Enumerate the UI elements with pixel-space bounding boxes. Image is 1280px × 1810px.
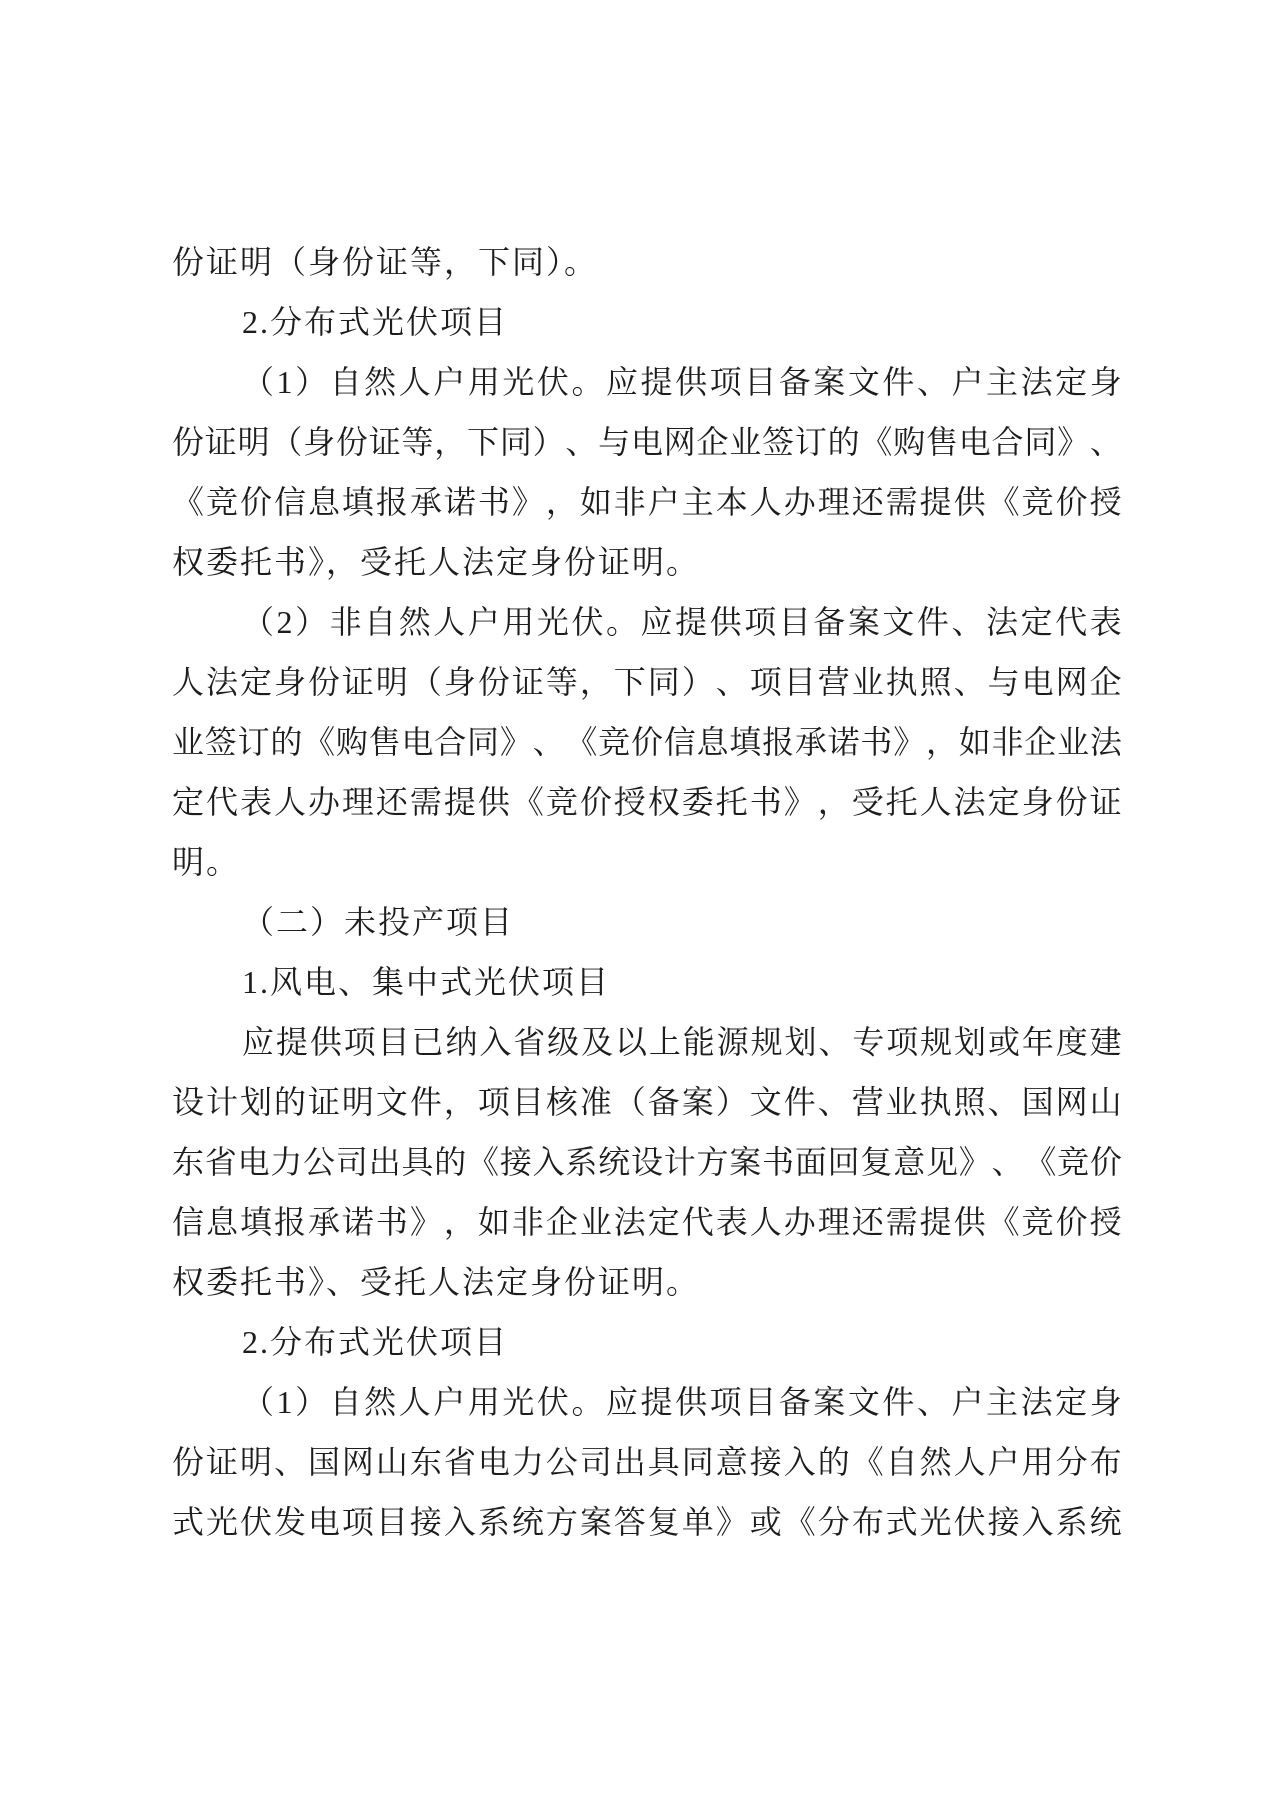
glyph: 提 xyxy=(276,1012,308,1072)
glyph: 件 xyxy=(882,1372,914,1432)
glyph: 文 xyxy=(376,1072,408,1132)
glyph: 然 xyxy=(399,592,431,652)
glyph: 《 xyxy=(988,1192,1020,1252)
glyph: 售 xyxy=(369,712,401,772)
glyph: 户 xyxy=(433,352,465,412)
glyph: 伏 xyxy=(954,1492,986,1552)
glyph: 价 xyxy=(631,712,663,772)
glyph: 《 xyxy=(860,412,892,472)
text-line: 设计划的证明文件，项目核准（备案）文件、营业执照、国网山 xyxy=(172,1072,1122,1132)
glyph: 自 xyxy=(364,592,396,652)
glyph: 光 xyxy=(537,592,569,652)
glyph: 法 xyxy=(1090,712,1122,772)
glyph: 供 xyxy=(478,772,510,832)
glyph: 意 xyxy=(716,1432,748,1492)
glyph: 发 xyxy=(274,1492,306,1552)
glyph: 营 xyxy=(818,652,850,712)
glyph: 供 xyxy=(954,1192,986,1252)
glyph: 备 xyxy=(779,1372,811,1432)
glyph: 填 xyxy=(342,472,374,532)
glyph: 》 xyxy=(512,472,544,532)
glyph: 自 xyxy=(330,352,362,412)
glyph: 息 xyxy=(697,712,729,772)
glyph: 出 xyxy=(614,1432,646,1492)
glyph: 目 xyxy=(784,652,816,712)
glyph: 级 xyxy=(547,1012,579,1072)
glyph: 如 xyxy=(478,1192,510,1252)
glyph: 具 xyxy=(648,1432,680,1492)
glyph: 纳 xyxy=(445,1012,477,1072)
glyph: 度 xyxy=(1056,1012,1088,1072)
glyph: 、 xyxy=(917,352,949,412)
glyph: 分 xyxy=(1056,1432,1088,1492)
glyph: 代 xyxy=(682,1192,714,1252)
glyph: 营 xyxy=(852,1072,884,1132)
glyph: 人 xyxy=(172,652,204,712)
glyph: 下 xyxy=(614,652,646,712)
glyph: 执 xyxy=(886,652,918,712)
glyph: 非 xyxy=(992,712,1024,772)
glyph: （ xyxy=(270,412,302,472)
glyph: 准 xyxy=(580,1072,612,1132)
text-line: 人法定身份证明（身份证等，下同）、项目营业执照、与电网企 xyxy=(172,652,1122,712)
glyph: 然 xyxy=(364,352,396,412)
glyph: 备 xyxy=(648,1072,680,1132)
glyph: 1 xyxy=(277,352,293,412)
glyph: 光 xyxy=(920,1492,952,1552)
glyph: 公 xyxy=(546,1432,578,1492)
glyph: 份 xyxy=(172,412,204,472)
glyph: 面 xyxy=(795,1132,827,1192)
glyph: 主 xyxy=(986,1372,1018,1432)
glyph: 电 xyxy=(238,1132,270,1192)
glyph: 证 xyxy=(342,652,374,712)
glyph: 用 xyxy=(468,1372,500,1432)
glyph: 提 xyxy=(675,592,707,652)
glyph: 证 xyxy=(512,652,544,712)
glyph: 的 xyxy=(434,1132,466,1192)
glyph: 照 xyxy=(920,652,952,712)
glyph: 供 xyxy=(954,472,986,532)
glyph: 分 xyxy=(818,1492,850,1552)
glyph: 执 xyxy=(920,1072,952,1132)
glyph: 规 xyxy=(920,1012,952,1072)
text-line: 信息填报承诺书》，如非企业法定代表人办理还需提供《竞价授 xyxy=(172,1192,1122,1252)
text-line: 权委托书》，受托人法定身份证明。 xyxy=(172,532,1122,592)
glyph: 光 xyxy=(502,1372,534,1432)
glyph: 文 xyxy=(848,352,880,412)
glyph: 统 xyxy=(1090,1492,1122,1552)
glyph: 人 xyxy=(954,1432,986,1492)
glyph: ） xyxy=(682,652,714,712)
glyph: 或 xyxy=(988,1012,1020,1072)
glyph: 合 xyxy=(992,412,1024,472)
glyph: 书 xyxy=(860,712,892,772)
glyph: 身 xyxy=(274,652,306,712)
glyph: 东 xyxy=(172,1132,204,1192)
glyph: 表 xyxy=(1090,592,1122,652)
glyph: 竞 xyxy=(598,712,630,772)
glyph: 报 xyxy=(274,1192,306,1252)
glyph: 接 xyxy=(750,1432,782,1492)
glyph: （ xyxy=(410,652,442,712)
glyph: 息 xyxy=(308,472,340,532)
glyph: 项 xyxy=(478,1072,510,1132)
glyph: 答 xyxy=(614,1492,646,1552)
glyph: 还 xyxy=(852,472,884,532)
glyph: 复 xyxy=(860,1132,892,1192)
glyph: 应 xyxy=(242,1012,274,1072)
glyph: 已 xyxy=(412,1012,444,1072)
glyph: 提 xyxy=(641,352,673,412)
glyph: （ xyxy=(242,352,274,412)
glyph: 户 xyxy=(433,1372,465,1432)
glyph: 、 xyxy=(992,1132,1024,1192)
glyph: （ xyxy=(242,592,274,652)
glyph: 电 xyxy=(1022,652,1054,712)
glyph: 信 xyxy=(664,712,696,772)
glyph: 订 xyxy=(238,712,270,772)
glyph: 还 xyxy=(376,772,408,832)
text-line: 2.分布式光伏项目 xyxy=(172,292,1122,352)
glyph: 供 xyxy=(710,592,742,652)
glyph: 、 xyxy=(917,1372,949,1432)
glyph: 如 xyxy=(959,712,991,772)
glyph: 供 xyxy=(675,1372,707,1432)
glyph: 表 xyxy=(716,1192,748,1252)
glyph: 接 xyxy=(410,1492,442,1552)
glyph: 份 xyxy=(478,652,510,712)
glyph: 公 xyxy=(303,1132,335,1192)
glyph: 《 xyxy=(1024,1132,1056,1192)
glyph: 力 xyxy=(512,1432,544,1492)
glyph: 受 xyxy=(852,772,884,832)
glyph: 复 xyxy=(648,1492,680,1552)
glyph: 提 xyxy=(641,1372,673,1432)
glyph: 售 xyxy=(926,412,958,472)
glyph: 《 xyxy=(988,472,1020,532)
glyph: 书 xyxy=(762,1132,794,1192)
glyph: 用 xyxy=(1022,1432,1054,1492)
glyph: 自 xyxy=(330,1372,362,1432)
glyph: 用 xyxy=(502,592,534,652)
glyph: 电 xyxy=(631,412,663,472)
glyph: 购 xyxy=(336,712,368,772)
glyph: 身 xyxy=(444,652,476,712)
glyph: 证 xyxy=(206,1432,238,1492)
glyph: 文 xyxy=(848,1372,880,1432)
glyph: ） xyxy=(295,1372,327,1432)
glyph: 目 xyxy=(744,352,776,412)
glyph: 供 xyxy=(310,1012,342,1072)
glyph: 山 xyxy=(376,1432,408,1492)
glyph: 托 xyxy=(716,772,748,832)
glyph: 定 xyxy=(988,772,1020,832)
glyph: 提 xyxy=(920,1192,952,1252)
glyph: 计 xyxy=(664,1132,696,1192)
glyph: 明 xyxy=(240,1432,272,1492)
glyph: 年 xyxy=(1022,1012,1054,1072)
glyph: ， xyxy=(546,472,578,532)
glyph: 》 xyxy=(893,712,925,772)
glyph: 价 xyxy=(580,772,612,832)
glyph: 非 xyxy=(614,472,646,532)
glyph: 、 xyxy=(954,652,986,712)
glyph: 与 xyxy=(598,412,630,472)
glyph: 、 xyxy=(951,592,983,652)
glyph: 诺 xyxy=(828,712,860,772)
glyph: 竞 xyxy=(546,772,578,832)
glyph: 案 xyxy=(813,1372,845,1432)
glyph: 网 xyxy=(342,1432,374,1492)
glyph: 案 xyxy=(729,1132,761,1192)
glyph: 书 xyxy=(478,472,510,532)
glyph: 网 xyxy=(664,412,696,472)
glyph: 件 xyxy=(882,352,914,412)
glyph: 企 xyxy=(1024,712,1056,772)
glyph: 《 xyxy=(172,472,204,532)
glyph: 项 xyxy=(750,652,782,712)
glyph: 用 xyxy=(468,352,500,412)
glyph: 计 xyxy=(206,1072,238,1132)
glyph: 接 xyxy=(500,1132,532,1192)
glyph: 案 xyxy=(682,1072,714,1132)
glyph: 竞 xyxy=(206,472,238,532)
glyph: 主 xyxy=(986,352,1018,412)
glyph: 自 xyxy=(886,1432,918,1492)
glyph: 业 xyxy=(580,1192,612,1252)
glyph: 需 xyxy=(410,772,442,832)
glyph: 设 xyxy=(631,1132,663,1192)
glyph: 。 xyxy=(571,1372,603,1432)
glyph: 伏 xyxy=(537,1372,569,1432)
glyph: 人 xyxy=(750,472,782,532)
text-line: 份证明、国网山东省电力公司出具同意接入的《自然人户用分布 xyxy=(172,1432,1122,1492)
glyph: 定 xyxy=(1055,352,1087,412)
glyph: 需 xyxy=(886,472,918,532)
text-line: （2）非自然人户用光伏。应提供项目备案文件、法定代表 xyxy=(172,592,1122,652)
glyph: 省 xyxy=(205,1132,237,1192)
glyph: ， xyxy=(926,712,958,772)
text-line: 业签订的《购售电合同》、《竞价信息填报承诺书》，如非企业法 xyxy=(172,712,1122,772)
glyph: 签 xyxy=(205,712,237,772)
glyph: 网 xyxy=(1056,652,1088,712)
glyph: 能 xyxy=(683,1012,715,1072)
glyph: 授 xyxy=(1090,1192,1122,1252)
glyph: 等 xyxy=(546,652,578,712)
glyph: 或 xyxy=(750,1492,782,1552)
glyph: 项 xyxy=(886,1012,918,1072)
glyph: 单 xyxy=(682,1492,714,1552)
glyph: 人 xyxy=(920,772,952,832)
glyph: 司 xyxy=(336,1132,368,1192)
glyph: 理 xyxy=(818,1192,850,1252)
text-line: 《竞价信息填报承诺书》，如非户主本人办理还需提供《竞价授 xyxy=(172,472,1122,532)
text-line: 2.分布式光伏项目 xyxy=(172,1312,1122,1372)
glyph: 案 xyxy=(848,592,880,652)
glyph: 法 xyxy=(614,1192,646,1252)
glyph: 填 xyxy=(240,1192,272,1252)
glyph: 报 xyxy=(376,472,408,532)
text-line: 应提供项目已纳入省级及以上能源规划、专项规划或年度建 xyxy=(172,1012,1122,1072)
glyph: 的 xyxy=(270,712,302,772)
glyph: 购 xyxy=(893,412,925,472)
glyph: 接 xyxy=(988,1492,1020,1552)
glyph: 方 xyxy=(697,1132,729,1192)
glyph: ， xyxy=(580,652,612,712)
glyph: 企 xyxy=(697,412,729,472)
glyph: 》 xyxy=(500,712,532,772)
glyph: 、 xyxy=(533,712,565,772)
glyph: 人 xyxy=(399,352,431,412)
glyph: 办 xyxy=(784,1192,816,1252)
glyph: 法 xyxy=(1021,352,1053,412)
glyph: 》 xyxy=(716,1492,748,1552)
glyph: 《 xyxy=(512,772,544,832)
glyph: 统 xyxy=(512,1492,544,1552)
glyph: 目 xyxy=(779,592,811,652)
glyph: 的 xyxy=(274,1072,306,1132)
glyph: 、 xyxy=(274,1432,306,1492)
text-line: （1）自然人户用光伏。应提供项目备案文件、户主法定身 xyxy=(172,1372,1122,1432)
glyph: 应 xyxy=(606,1372,638,1432)
glyph: 入 xyxy=(784,1432,816,1492)
text-line: （二）未投产项目 xyxy=(172,892,1122,952)
glyph: 项 xyxy=(344,1012,376,1072)
glyph: 业 xyxy=(852,652,884,712)
glyph: 如 xyxy=(580,472,612,532)
glyph: 户 xyxy=(468,592,500,652)
glyph: 价 xyxy=(1056,1192,1088,1252)
glyph: 见 xyxy=(926,1132,958,1192)
glyph: 人 xyxy=(274,772,306,832)
glyph: 建 xyxy=(1090,1012,1122,1072)
glyph: 案 xyxy=(580,1492,612,1552)
glyph: 备 xyxy=(813,592,845,652)
glyph: 价 xyxy=(240,472,272,532)
glyph: ， xyxy=(818,772,850,832)
glyph: 同 xyxy=(1024,412,1056,472)
glyph: 、 xyxy=(1090,412,1122,472)
glyph: 。 xyxy=(606,592,638,652)
glyph: 、 xyxy=(988,1072,1020,1132)
glyph: 定 xyxy=(240,652,272,712)
glyph: 表 xyxy=(240,772,272,832)
glyph: 山 xyxy=(1090,1072,1122,1132)
glyph: 证 xyxy=(205,412,237,472)
glyph: 同 xyxy=(682,1432,714,1492)
glyph: 上 xyxy=(649,1012,681,1072)
glyph: 目 xyxy=(376,1492,408,1552)
glyph: 承 xyxy=(795,712,827,772)
glyph: 同 xyxy=(500,412,532,472)
glyph: 案 xyxy=(813,352,845,412)
glyph: 回 xyxy=(828,1132,860,1192)
glyph: 核 xyxy=(546,1072,578,1132)
glyph: 托 xyxy=(886,772,918,832)
glyph: 》 xyxy=(1057,412,1089,472)
glyph: 定 xyxy=(1055,1372,1087,1432)
glyph: ， xyxy=(444,1072,476,1132)
glyph: 设 xyxy=(172,1072,204,1132)
glyph: 源 xyxy=(717,1012,749,1072)
glyph: 伏 xyxy=(571,592,603,652)
glyph: 件 xyxy=(410,1072,442,1132)
glyph: 目 xyxy=(378,1012,410,1072)
glyph: 填 xyxy=(729,712,761,772)
text-line: 东省电力公司出具的《接入系统设计方案书面回复意见》、《竞价 xyxy=(172,1132,1122,1192)
glyph: 及 xyxy=(581,1012,613,1072)
glyph: ） xyxy=(295,592,327,652)
glyph: ） xyxy=(533,412,565,472)
glyph: 业 xyxy=(886,1072,918,1132)
glyph: 备 xyxy=(779,352,811,412)
glyph: 以 xyxy=(615,1012,647,1072)
glyph: 光 xyxy=(502,352,534,412)
glyph: 《 xyxy=(565,712,597,772)
glyph: 代 xyxy=(206,772,238,832)
glyph: 《 xyxy=(467,1132,499,1192)
glyph: 系 xyxy=(565,1132,597,1192)
glyph: 竞 xyxy=(1022,1192,1054,1252)
glyph: 文 xyxy=(882,592,914,652)
glyph: 布 xyxy=(1090,1432,1122,1492)
glyph: 主 xyxy=(682,472,714,532)
glyph: 价 xyxy=(1056,472,1088,532)
glyph: 。 xyxy=(571,352,603,412)
text-line: 份证明（身份证等，下同）、与电网企业签订的《购售电合同》、 xyxy=(172,412,1122,472)
glyph: 业 xyxy=(172,712,204,772)
document-body-text: 份证明（身份证等，下同）。2.分布式光伏项目（1）自然人户用光伏。应提供项目备案… xyxy=(172,232,1122,1552)
glyph: 目 xyxy=(512,1072,544,1132)
document-page: 份证明（身份证等，下同）。2.分布式光伏项目（1）自然人户用光伏。应提供项目备案… xyxy=(0,0,1280,1810)
glyph: 的 xyxy=(828,412,860,472)
glyph: 等 xyxy=(401,412,433,472)
glyph: 息 xyxy=(206,1192,238,1252)
glyph: 业 xyxy=(729,412,761,472)
glyph: ， xyxy=(444,1192,476,1252)
glyph: 《 xyxy=(852,1432,884,1492)
glyph: 与 xyxy=(988,652,1020,712)
glyph: 报 xyxy=(762,712,794,772)
glyph: 竞 xyxy=(1057,1132,1089,1192)
glyph: 身 xyxy=(1090,352,1122,412)
glyph: 授 xyxy=(614,772,646,832)
glyph: 明 xyxy=(342,1072,374,1132)
glyph: 价 xyxy=(1090,1132,1122,1192)
glyph: 人 xyxy=(399,1372,431,1432)
glyph: 竞 xyxy=(1022,472,1054,532)
glyph: 目 xyxy=(744,1372,776,1432)
glyph: 证 xyxy=(369,412,401,472)
glyph: 入 xyxy=(533,1132,565,1192)
glyph: 法 xyxy=(954,772,986,832)
glyph: 授 xyxy=(1090,472,1122,532)
glyph: 书 xyxy=(376,1192,408,1252)
glyph: 户 xyxy=(951,352,983,412)
glyph: 证 xyxy=(1090,772,1122,832)
glyph: 证 xyxy=(308,1072,340,1132)
glyph: 还 xyxy=(852,1192,884,1252)
glyph: 划 xyxy=(954,1012,986,1072)
glyph: 代 xyxy=(1055,592,1087,652)
glyph: 》 xyxy=(959,1132,991,1192)
glyph: 供 xyxy=(675,352,707,412)
glyph: 司 xyxy=(580,1432,612,1492)
glyph: 明 xyxy=(238,412,270,472)
glyph: 业 xyxy=(1057,712,1089,772)
glyph: 办 xyxy=(308,772,340,832)
